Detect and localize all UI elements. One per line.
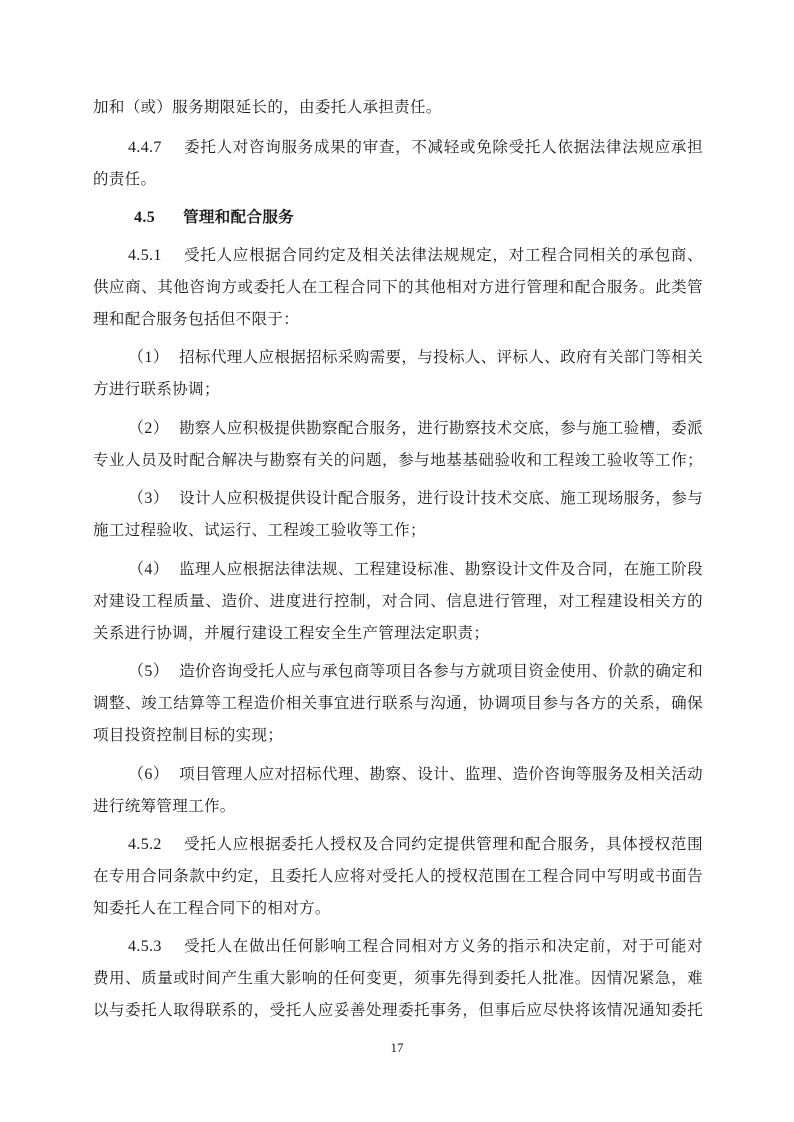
list-text: 项目管理人应对招标代理、勘察、设计、监理、造价咨询等服务及相关活动 [179, 765, 703, 783]
clause-4-5-2: 4.5.2受托人应根据委托人授权及合同约定提供管理和配合服务，具体授权范围 [128, 833, 703, 856]
line-text: 进行统筹管理工作。 [93, 797, 236, 815]
text-line: 对建设工程质量、造价、进度进行控制，对合同、信息进行管理，对工程建设相关方的 [93, 590, 703, 612]
line-text: 以与委托人取得联系的，受托人应妥善处理委托事务，但事后应尽快将该情况通知委托 [93, 1001, 703, 1019]
clause-number: 4.5.3 [128, 936, 162, 958]
line-text: 加和（或）服务期限延长的，由委托人承担责任。 [93, 98, 442, 116]
text-line: 知委托人在工程合同下的相对方。 [93, 897, 703, 919]
text-line: 专业人员及时配合解决与勘察有关的问题，参与地基基础验收和工程竣工验收等工作； [93, 449, 703, 471]
text-line: 以与委托人取得联系的，受托人应妥善处理委托事务，但事后应尽快将该情况通知委托 [93, 999, 703, 1021]
line-text: 对建设工程质量、造价、进度进行控制，对合同、信息进行管理，对工程建设相关方的 [93, 592, 703, 610]
section-heading-4-5: 4.5管理和配合服务 [134, 206, 709, 229]
clause-number: 4.4.7 [128, 137, 162, 159]
text-line: 项目投资控制目标的实现； [93, 724, 703, 746]
list-text: 监理人应根据法律法规、工程建设标准、勘察设计文件及合同，在施工阶段 [179, 560, 703, 578]
line-text: 在专用合同条款中约定，且委托人应将对受托人的授权范围在工程合同中写明或书面告 [93, 867, 703, 885]
list-marker: （4） [128, 559, 169, 581]
clause-4-5-1: 4.5.1受托人应根据合同约定及相关法律法规规定，对工程合同相关的承包商、 [128, 244, 703, 267]
list-text: 招标代理人应根据招标采购需要，与投标人、评标人、政府有关部门等相关 [179, 348, 703, 366]
list-marker: （6） [128, 764, 169, 786]
clause-4-4-7: 4.4.7委托人对咨询服务成果的审查，不减轻或免除受托人依据法律法规应承担 [128, 136, 703, 159]
text-line: 施工过程验收、试运行、工程竣工验收等工作； [93, 519, 703, 541]
list-text: 勘察人应积极提供勘察配合服务，进行勘察技术交底，参与施工验槽，委派 [179, 419, 703, 437]
list-marker: （2） [128, 418, 169, 440]
section-number: 4.5 [134, 207, 155, 229]
text-line: 加和（或）服务期限延长的，由委托人承担责任。 [93, 96, 703, 118]
list-item-2: （2）勘察人应积极提供勘察配合服务，进行勘察技术交底，参与施工验槽，委派 [128, 417, 703, 440]
line-text: 的责任。 [93, 170, 156, 188]
line-text: 理和配合服务包括但不限于： [93, 310, 299, 328]
page-number: 17 [0, 1040, 794, 1056]
list-text: 设计人应积极提供设计配合服务，进行设计技术交底、施工现场服务，参与 [179, 489, 703, 507]
text-line: 进行统筹管理工作。 [93, 795, 703, 817]
clause-text: 受托人应根据委托人授权及合同约定提供管理和配合服务，具体授权范围 [184, 835, 703, 853]
text-line: 在专用合同条款中约定，且委托人应将对受托人的授权范围在工程合同中写明或书面告 [93, 865, 703, 887]
section-title: 管理和配合服务 [183, 208, 294, 226]
list-marker: （1） [128, 347, 169, 369]
text-line: 方进行联系协调； [93, 378, 703, 400]
list-item-4: （4）监理人应根据法律法规、工程建设标准、勘察设计文件及合同，在施工阶段 [128, 558, 703, 581]
line-text: 关系进行协调，并履行建设工程安全生产管理法定职责； [93, 624, 489, 642]
text-line: 供应商、其他咨询方或委托人在工程合同下的其他相对方进行管理和配合服务。此类管 [93, 276, 703, 298]
clause-text: 受托人应根据合同约定及相关法律法规规定，对工程合同相关的承包商、 [184, 246, 703, 264]
line-text: 专业人员及时配合解决与勘察有关的问题，参与地基基础验收和工程竣工验收等工作； [93, 451, 703, 469]
text-line: 关系进行协调，并履行建设工程安全生产管理法定职责； [93, 622, 703, 644]
list-item-3: （3）设计人应积极提供设计配合服务，进行设计技术交底、施工现场服务，参与 [128, 487, 703, 510]
line-text: 费用、质量或时间产生重大影响的任何变更，须事先得到委托人批准。因情况紧急，难 [93, 969, 703, 987]
line-text: 供应商、其他咨询方或委托人在工程合同下的其他相对方进行管理和配合服务。此类管 [93, 278, 703, 296]
list-item-1: （1）招标代理人应根据招标采购需要，与投标人、评标人、政府有关部门等相关 [128, 346, 703, 369]
text-line: 理和配合服务包括但不限于： [93, 308, 703, 330]
text-line: 费用、质量或时间产生重大影响的任何变更，须事先得到委托人批准。因情况紧急，难 [93, 967, 703, 989]
line-text: 项目投资控制目标的实现； [93, 726, 283, 744]
list-marker: （5） [128, 661, 169, 683]
line-text: 方进行联系协调； [93, 380, 220, 398]
clause-number: 4.5.2 [128, 834, 162, 856]
list-item-6: （6）项目管理人应对招标代理、勘察、设计、监理、造价咨询等服务及相关活动 [128, 763, 703, 786]
line-text: 知委托人在工程合同下的相对方。 [93, 899, 331, 917]
clause-text: 受托人在做出任何影响工程合同相对方义务的指示和决定前，对于可能对 [184, 937, 703, 955]
list-text: 造价咨询受托人应与承包商等项目各参与方就项目资金使用、价款的确定和 [179, 662, 703, 680]
list-marker: （3） [128, 488, 169, 510]
line-text: 调整、竣工结算等工程造价相关事宜进行联系与沟通，协调项目参与各方的关系，确保 [93, 694, 703, 712]
list-item-5: （5）造价咨询受托人应与承包商等项目各参与方就项目资金使用、价款的确定和 [128, 660, 703, 683]
clause-4-5-3: 4.5.3受托人在做出任何影响工程合同相对方义务的指示和决定前，对于可能对 [128, 935, 703, 958]
text-line: 的责任。 [93, 168, 703, 190]
text-line: 调整、竣工结算等工程造价相关事宜进行联系与沟通，协调项目参与各方的关系，确保 [93, 692, 703, 714]
clause-number: 4.5.1 [128, 245, 162, 267]
document-page: 加和（或）服务期限延长的，由委托人承担责任。 4.4.7委托人对咨询服务成果的审… [0, 0, 794, 1122]
clause-text: 委托人对咨询服务成果的审查，不减轻或免除受托人依据法律法规应承担 [184, 138, 703, 156]
line-text: 施工过程验收、试运行、工程竣工验收等工作； [93, 521, 426, 539]
